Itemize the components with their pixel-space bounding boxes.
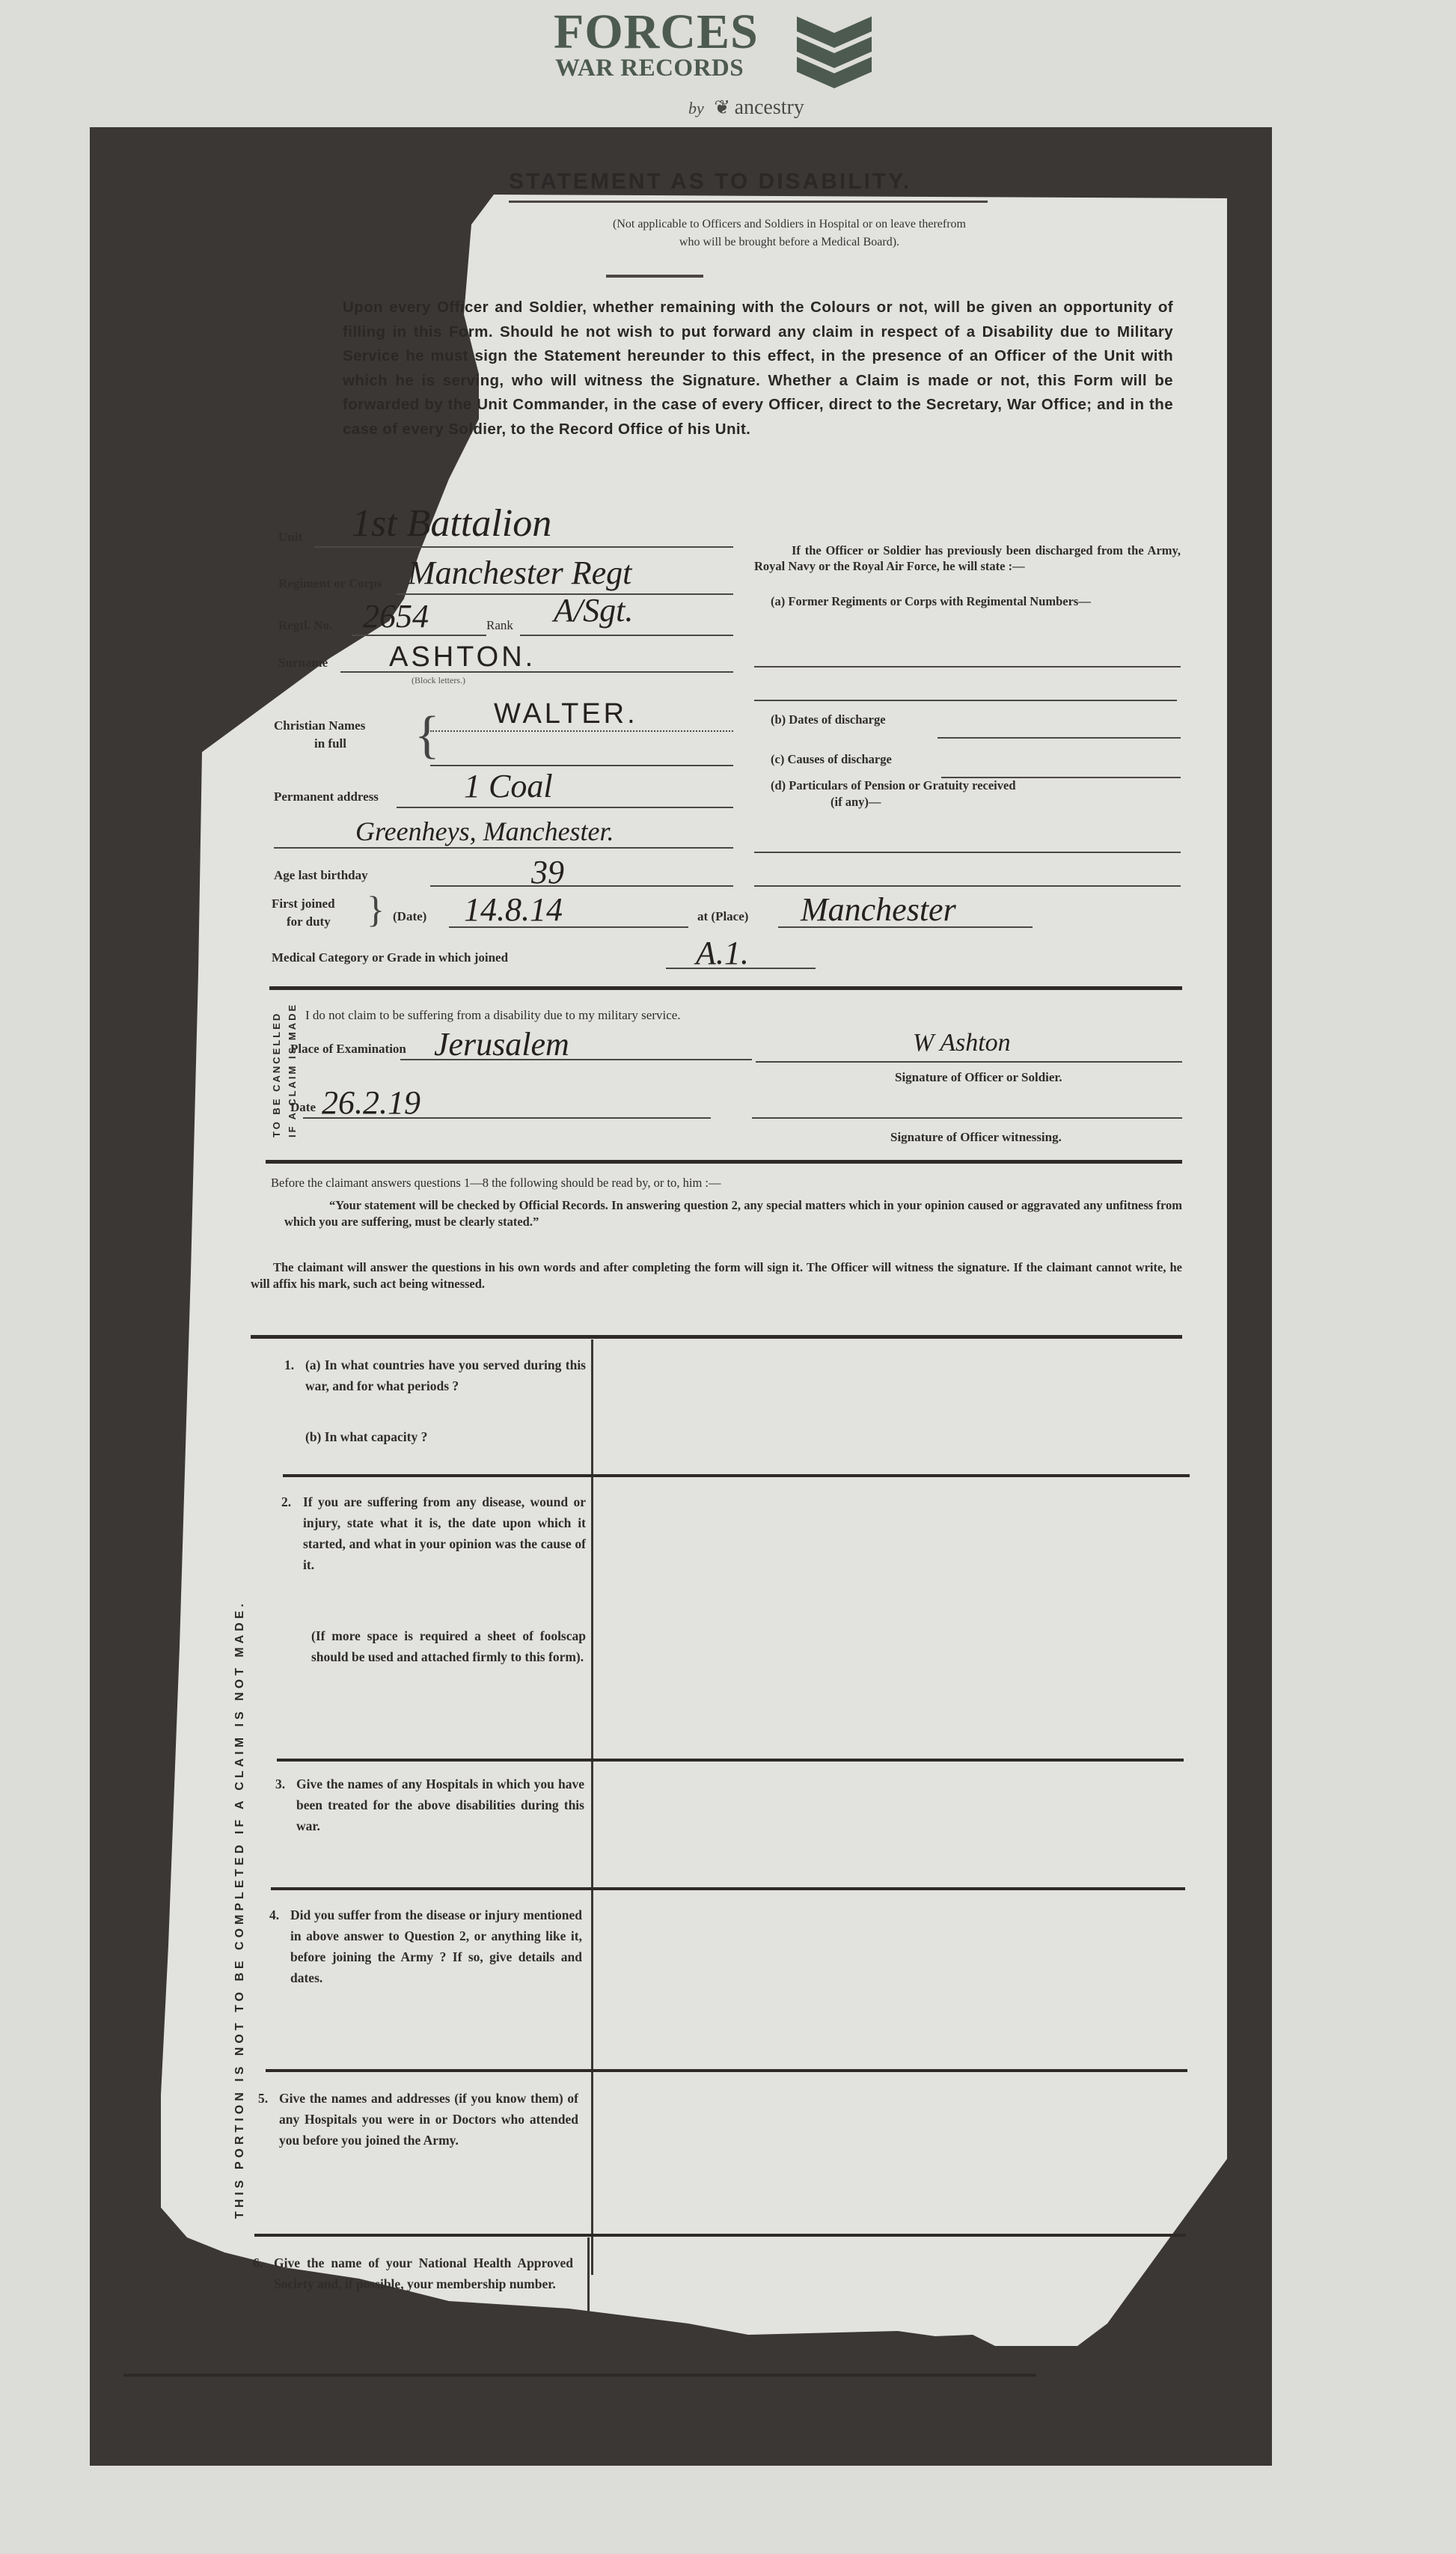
question-divider-5 xyxy=(254,2234,1186,2237)
first-joined-label-2: for duty xyxy=(287,914,331,929)
declaration-statement: I do not claim to be suffering from a di… xyxy=(305,1008,681,1023)
previous-discharge-a-line-2 xyxy=(754,700,1177,701)
title-underline xyxy=(509,201,988,203)
question-2-answer-field[interactable] xyxy=(595,1478,1182,1755)
first-joined-place-value: Manchester xyxy=(801,890,956,929)
age-value: 39 xyxy=(531,853,564,891)
christian-names-value: WALTER. xyxy=(494,698,638,730)
question-1-text-a: (a) In what countries have you served du… xyxy=(305,1354,586,1396)
question-2-text-b: (If more space is required a sheet of fo… xyxy=(311,1625,586,1667)
question-4-answer-field[interactable] xyxy=(595,1891,1182,2067)
question-3-text-a: Give the names of any Hospitals in which… xyxy=(296,1774,584,1836)
question-1-text-b: (b) In what capacity ? xyxy=(305,1426,586,1447)
previous-discharge-d-2: (if any)— xyxy=(831,795,881,810)
question-6-text-a: Give the name of your National Health Ap… xyxy=(274,2252,573,2294)
address-value-2: Greenheys, Manchester. xyxy=(355,816,614,847)
witness-signature-line[interactable] xyxy=(752,1117,1182,1119)
unit-value: 1st Battalion xyxy=(352,501,551,546)
subtitle-divider xyxy=(606,275,703,278)
pre-questions-line1: Before the claimant answers questions 1—… xyxy=(271,1176,721,1191)
place-of-examination-label: Place of Examination xyxy=(290,1042,406,1057)
christian-names-line-1 xyxy=(430,730,733,732)
question-1-answer-field[interactable] xyxy=(595,1339,1182,1478)
previous-discharge-d-line-2 xyxy=(754,885,1181,887)
medical-category-value: A.1. xyxy=(696,934,749,972)
previous-discharge-d-1: (d) Particulars of Pension or Gratuity r… xyxy=(771,778,1016,793)
first-joined-label-1: First joined xyxy=(272,896,335,911)
section-divider-2 xyxy=(266,1160,1182,1164)
declaration-side-label-2: IF A CLAIM IS MADE xyxy=(287,1003,298,1137)
rank-label: Rank xyxy=(486,618,513,633)
previous-discharge-b: (b) Dates of discharge xyxy=(771,712,886,727)
question-6-answer-field[interactable] xyxy=(595,2237,1119,2365)
questions-side-label: THIS PORTION IS NOT TO BE COMPLETED IF A… xyxy=(233,1600,247,2219)
christian-names-label-1: Christian Names xyxy=(274,718,365,733)
address-line-1 xyxy=(397,807,733,808)
address-label: Permanent address xyxy=(274,789,379,804)
section-divider-1 xyxy=(269,986,1182,990)
surname-hint: (Block letters.) xyxy=(412,675,465,686)
declaration-side-label-1: TO BE CANCELLED xyxy=(271,1012,282,1137)
question-3-number: 3. xyxy=(275,1774,285,1794)
previous-discharge-intro: If the Officer or Soldier has previously… xyxy=(754,543,1181,574)
age-label: Age last birthday xyxy=(274,868,368,883)
pre-questions-closing: The claimant will answer the questions i… xyxy=(251,1259,1182,1292)
question-divider-4 xyxy=(266,2069,1187,2072)
previous-discharge-b-line xyxy=(937,737,1181,739)
regtl-no-value: 2654 xyxy=(363,597,429,635)
section-divider-3 xyxy=(251,1335,1182,1339)
question-6-column-divider xyxy=(587,2237,590,2365)
previous-discharge-d-line-1 xyxy=(754,852,1181,853)
surname-label: Surname xyxy=(278,656,328,670)
christian-names-brace: { xyxy=(415,709,440,762)
address-line-2 xyxy=(274,847,733,849)
address-value-1: 1 Coal xyxy=(464,767,553,805)
signature-line[interactable] xyxy=(756,1061,1182,1063)
question-6-number: 6. xyxy=(253,2252,263,2273)
instructions-paragraph: Upon every Officer and Soldier, whether … xyxy=(343,296,1173,442)
question-divider-2 xyxy=(277,1759,1184,1762)
signature-label: Signature of Officer or Soldier. xyxy=(895,1070,1062,1085)
place-of-examination-value: Jerusalem xyxy=(434,1025,569,1063)
previous-discharge-c: (c) Causes of discharge xyxy=(771,752,892,767)
pre-questions-quote: “Your statement will be checked by Offic… xyxy=(284,1197,1182,1230)
questions-column-divider xyxy=(591,1339,593,2275)
christian-names-line-2 xyxy=(430,765,733,766)
question-5-number: 5. xyxy=(258,2088,268,2109)
question-2-number: 2. xyxy=(281,1491,291,1512)
medical-category-label: Medical Category or Grade in which joine… xyxy=(272,950,508,965)
question-divider-1 xyxy=(283,1474,1190,1477)
declaration-date-value: 26.2.19 xyxy=(322,1084,420,1122)
regtl-no-label: Regtl. No. xyxy=(278,618,332,633)
previous-discharge-a-line-1 xyxy=(754,666,1181,667)
previous-discharge-a: (a) Former Regiments or Corps with Regim… xyxy=(771,593,1178,609)
rank-value: A/Sgt. xyxy=(554,591,633,629)
first-joined-date-label: (Date) xyxy=(393,909,426,924)
question-divider-3 xyxy=(271,1887,1185,1890)
declaration-date-label: Date xyxy=(290,1100,316,1115)
first-joined-place-label: at (Place) xyxy=(697,909,748,924)
regiment-value: Manchester Regt xyxy=(408,554,631,592)
christian-names-label-2: in full xyxy=(314,736,346,751)
regiment-label: Regiment or Corps xyxy=(278,576,382,591)
first-joined-date-value: 14.8.14 xyxy=(464,890,563,929)
first-joined-brace: } xyxy=(367,890,385,928)
question-4-text-a: Did you suffer from the disease or injur… xyxy=(290,1904,582,1988)
question-5-answer-field[interactable] xyxy=(595,2073,1182,2234)
form-title: STATEMENT AS TO DISABILITY. xyxy=(509,169,911,195)
question-2-text-a: If you are suffering from any disease, w… xyxy=(303,1491,586,1575)
surname-value: ASHTON. xyxy=(389,641,536,673)
unit-line xyxy=(314,546,733,548)
soldier-signature-value: W Ashton xyxy=(913,1029,1011,1057)
form-subtitle-line2: who will be brought before a Medical Boa… xyxy=(471,233,1107,251)
question-divider-6 xyxy=(123,2374,1036,2377)
question-5-text-a: Give the names and addresses (if you kno… xyxy=(279,2088,578,2151)
rank-line xyxy=(520,635,733,636)
question-1-number: 1. xyxy=(284,1354,307,1375)
witness-signature-label: Signature of Officer witnessing. xyxy=(890,1130,1062,1145)
unit-label: Unit xyxy=(278,530,302,545)
question-3-answer-field[interactable] xyxy=(595,1762,1182,1886)
age-line xyxy=(430,885,733,887)
form-subtitle-line1: (Not applicable to Officers and Soldiers… xyxy=(471,216,1107,233)
question-4-number: 4. xyxy=(269,1904,279,1925)
